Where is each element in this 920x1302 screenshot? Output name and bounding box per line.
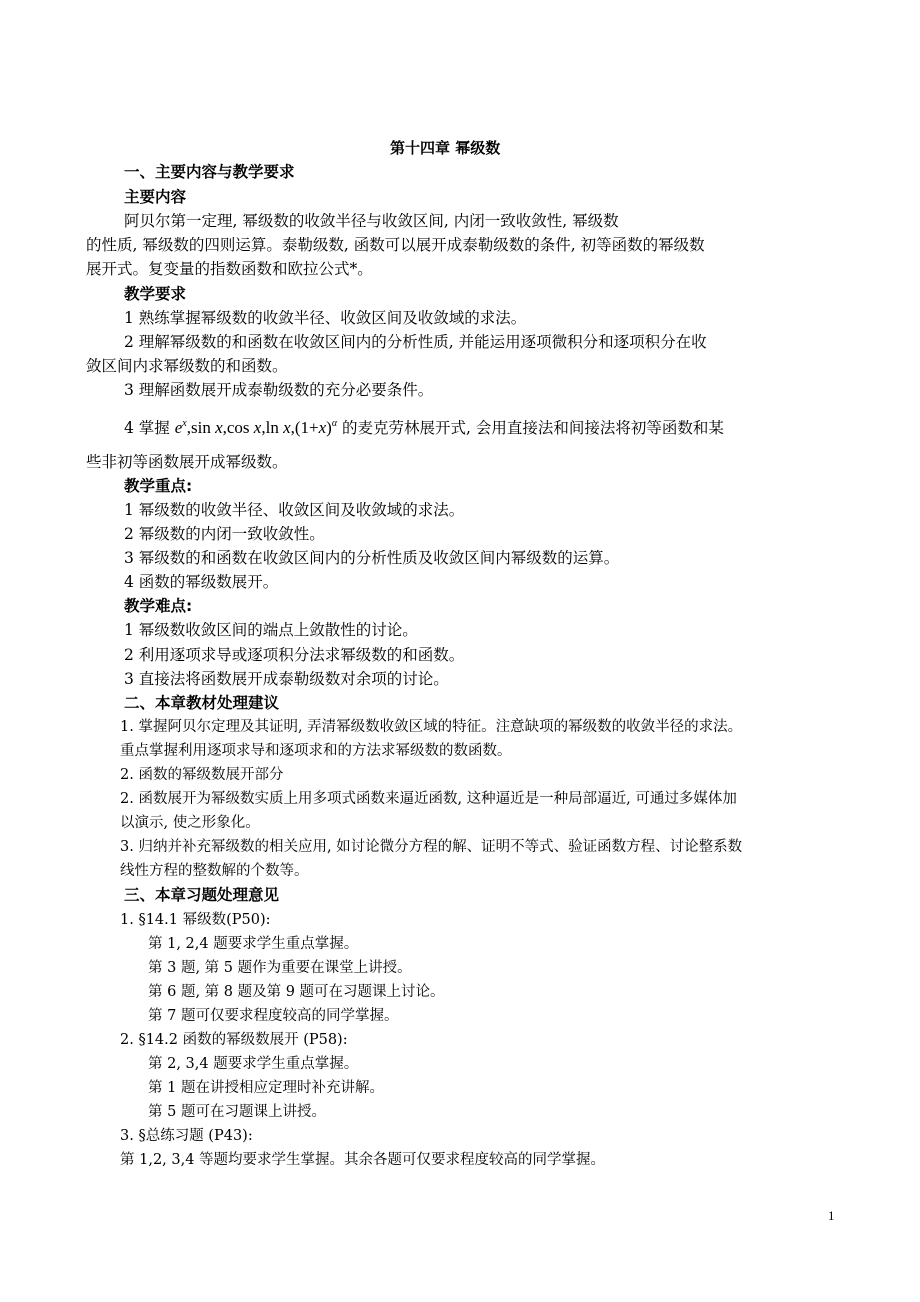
requirement-item: 敛区间内求幂级数的和函数。	[86, 356, 288, 376]
chapter-title: 第十四章 幂级数	[390, 138, 500, 158]
req4-prefix: 4 掌握	[124, 419, 170, 437]
requirements-heading: 教学要求	[124, 284, 186, 304]
requirement-item: 3 理解函数展开成泰勒级数的充分必要条件。	[124, 380, 433, 400]
exercise-item: 第 5 题可在习题课上讲授。	[148, 1102, 326, 1122]
section3-heading: 三、本章习题处理意见	[124, 885, 279, 905]
key-points-heading: 教学重点:	[124, 476, 192, 496]
exercise-item: 第 1, 2,4 题要求学生重点掌握。	[148, 934, 358, 954]
section2-line: 线性方程的整数解的个数等。	[120, 861, 309, 881]
requirement-item-4-cont: 些非初等函数展开成幂级数。	[86, 452, 288, 472]
exercise-item: 第 1 题在讲授相应定理时补充讲解。	[148, 1078, 384, 1098]
maclaurin-formula: ex,sin x,cos x,ln x,(1+x)α	[175, 418, 337, 437]
difficulties-heading: 教学难点:	[124, 596, 192, 616]
section1-heading: 一、主要内容与教学要求	[124, 162, 295, 182]
requirement-item: 2 理解幂级数的和函数在收敛区间内的分析性质, 并能运用逐项微积分和逐项积分在收	[124, 332, 707, 352]
section2-line: 3. 归纳并补充幂级数的相关应用, 如讨论微分方程的解、证明不等式、验证函数方程…	[120, 837, 742, 857]
key-point-item: 4 函数的幂级数展开。	[124, 572, 278, 592]
exercise-item: 第 7 题可仅要求程度较高的同学掌握。	[148, 1006, 398, 1026]
key-point-item: 1 幂级数的收敛半径、收敛区间及收敛域的求法。	[124, 500, 464, 520]
section2-line: 2. 函数的幂级数展开部分	[120, 765, 283, 785]
exercise-item: 第 3 题, 第 5 题作为重要在课堂上讲授。	[148, 958, 412, 978]
key-point-item: 2 幂级数的内闭一致收敛性。	[124, 524, 325, 544]
exercise-item: 第 6 题, 第 8 题及第 9 题可在习题课上讨论。	[148, 982, 445, 1002]
req4-suffix: 的麦克劳林展开式, 会用直接法和间接法将初等函数和某	[342, 419, 724, 437]
requirement-item-4: 4 掌握 ex,sin x,cos x,ln x,(1+x)α 的麦克劳林展开式…	[124, 414, 724, 438]
section2-line: 重点掌握利用逐项求导和逐项求和的方法求幂级数的数函数。	[120, 741, 512, 761]
main-content-line: 的性质, 幂级数的四则运算。泰勒级数, 函数可以展开成泰勒级数的条件, 初等函数…	[86, 235, 705, 255]
exercise-item: 第 2, 3,4 题要求学生重点掌握。	[148, 1054, 358, 1074]
main-content-line: 阿贝尔第一定理, 幂级数的收敛半径与收敛区间, 内闭一致收敛性, 幂级数	[124, 211, 619, 231]
page-number: 1	[828, 1208, 835, 1224]
section2-line: 以演示, 使之形象化。	[120, 813, 260, 833]
difficulty-item: 3 直接法将函数展开成泰勒级数对余项的讨论。	[124, 669, 449, 689]
main-content-heading: 主要内容	[124, 187, 186, 207]
section2-line: 1. 掌握阿贝尔定理及其证明, 弄清幂级数收敛区域的特征。注意缺项的幂级数的收敛…	[120, 717, 742, 737]
exercise-item: 2. §14.2 函数的幂级数展开 (P58):	[120, 1030, 348, 1050]
main-content-line: 展开式。复变量的指数函数和欧拉公式*。	[86, 259, 373, 279]
difficulty-item: 1 幂级数收敛区间的端点上敛散性的讨论。	[124, 620, 418, 640]
key-point-item: 3 幂级数的和函数在收敛区间内的分析性质及收敛区间内幂级数的运算。	[124, 548, 619, 568]
section2-line: 2. 函数展开为幂级数实质上用多项式函数来逼近函数, 这种逼近是一种局部逼近, …	[120, 789, 737, 809]
exercise-item: 第 1,2, 3,4 等题均要求学生掌握。其余各题可仅要求程度较高的同学掌握。	[120, 1150, 605, 1170]
difficulty-item: 2 利用逐项求导或逐项积分法求幂级数的和函数。	[124, 645, 464, 665]
requirement-item: 1 熟练掌握幂级数的收敛半径、收敛区间及收敛域的求法。	[124, 308, 526, 328]
exercise-item: 1. §14.1 幂级数(P50):	[120, 910, 271, 930]
exercise-item: 3. §总练习题 (P43):	[120, 1126, 253, 1146]
section2-heading: 二、本章教材处理建议	[124, 693, 279, 713]
